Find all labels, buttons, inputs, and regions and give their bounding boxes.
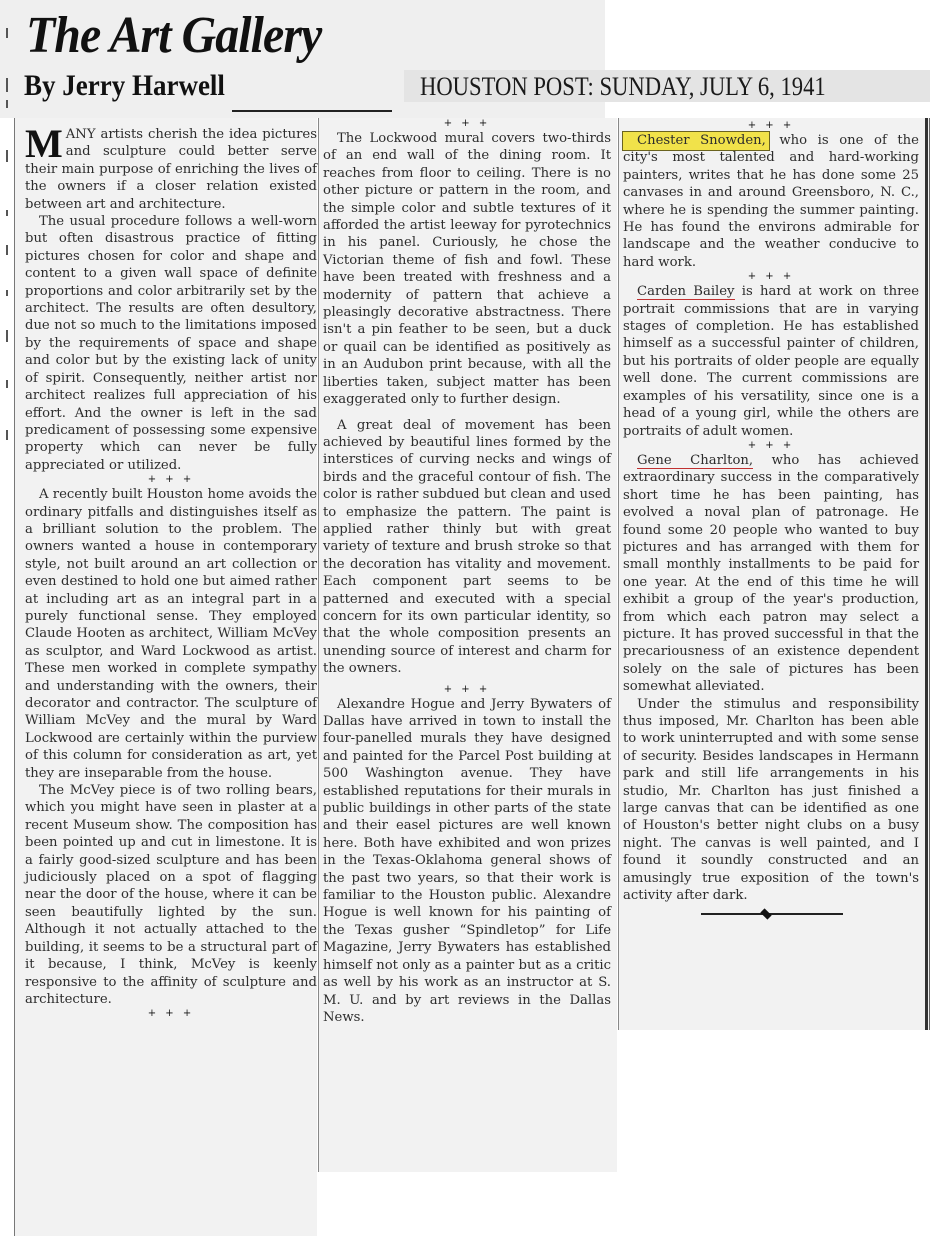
highlighted-name[interactable]: Chester Snowden, bbox=[623, 132, 769, 150]
diamond-ornament bbox=[760, 909, 771, 920]
dateline: HOUSTON POST: SUNDAY, JULY 6, 1941 bbox=[420, 72, 826, 102]
paragraph: The Lockwood mural covers two-thirds of … bbox=[323, 130, 611, 409]
section-separator: + + + bbox=[25, 1008, 317, 1020]
left-edge-marks bbox=[6, 0, 8, 1236]
byline: By Jerry Harwell bbox=[24, 68, 225, 104]
column-1: MANY artists cherish the idea pictures a… bbox=[14, 118, 317, 1236]
paragraph: The McVey piece is of two rolling bears,… bbox=[25, 782, 317, 1008]
column-3-edge bbox=[925, 118, 928, 1030]
section-separator: + + + bbox=[623, 271, 919, 283]
column-title: The Art Gallery bbox=[26, 6, 321, 66]
underlined-name[interactable]: Gene Charlton, bbox=[637, 453, 753, 469]
section-separator: + + + bbox=[323, 118, 611, 130]
byline-rule bbox=[232, 110, 392, 112]
drop-cap: M bbox=[25, 128, 63, 160]
end-rule bbox=[623, 908, 919, 920]
section-separator: + + + bbox=[623, 440, 919, 452]
paragraph-bailey: Carden Bailey is hard at work on three p… bbox=[623, 283, 919, 440]
paragraph: The usual procedure follows a well-worn … bbox=[25, 213, 317, 474]
column-2: + + + The Lockwood mural covers two-thir… bbox=[318, 118, 617, 1172]
paragraph: A great deal of movement has been achiev… bbox=[323, 417, 611, 678]
paragraph: Under the stimulus and responsibility th… bbox=[623, 696, 919, 905]
paragraph: A recently built Houston home avoids the… bbox=[25, 486, 317, 782]
paragraph: Alexandre Hogue and Jerry Bywaters of Da… bbox=[323, 696, 611, 1027]
underlined-name[interactable]: Carden Bailey bbox=[637, 284, 735, 300]
paragraph-intro: MANY artists cherish the idea pictures a… bbox=[25, 126, 317, 213]
section-separator: + + + bbox=[323, 684, 611, 696]
paragraph-snowden: Chester Snowden, who is one of the city'… bbox=[623, 132, 919, 271]
column-3: + + + Chester Snowden, who is one of the… bbox=[618, 118, 930, 1030]
section-separator: + + + bbox=[25, 474, 317, 486]
section-separator: + + + bbox=[623, 120, 919, 132]
paragraph-charlton: Gene Charlton, who has achieved extraord… bbox=[623, 452, 919, 696]
